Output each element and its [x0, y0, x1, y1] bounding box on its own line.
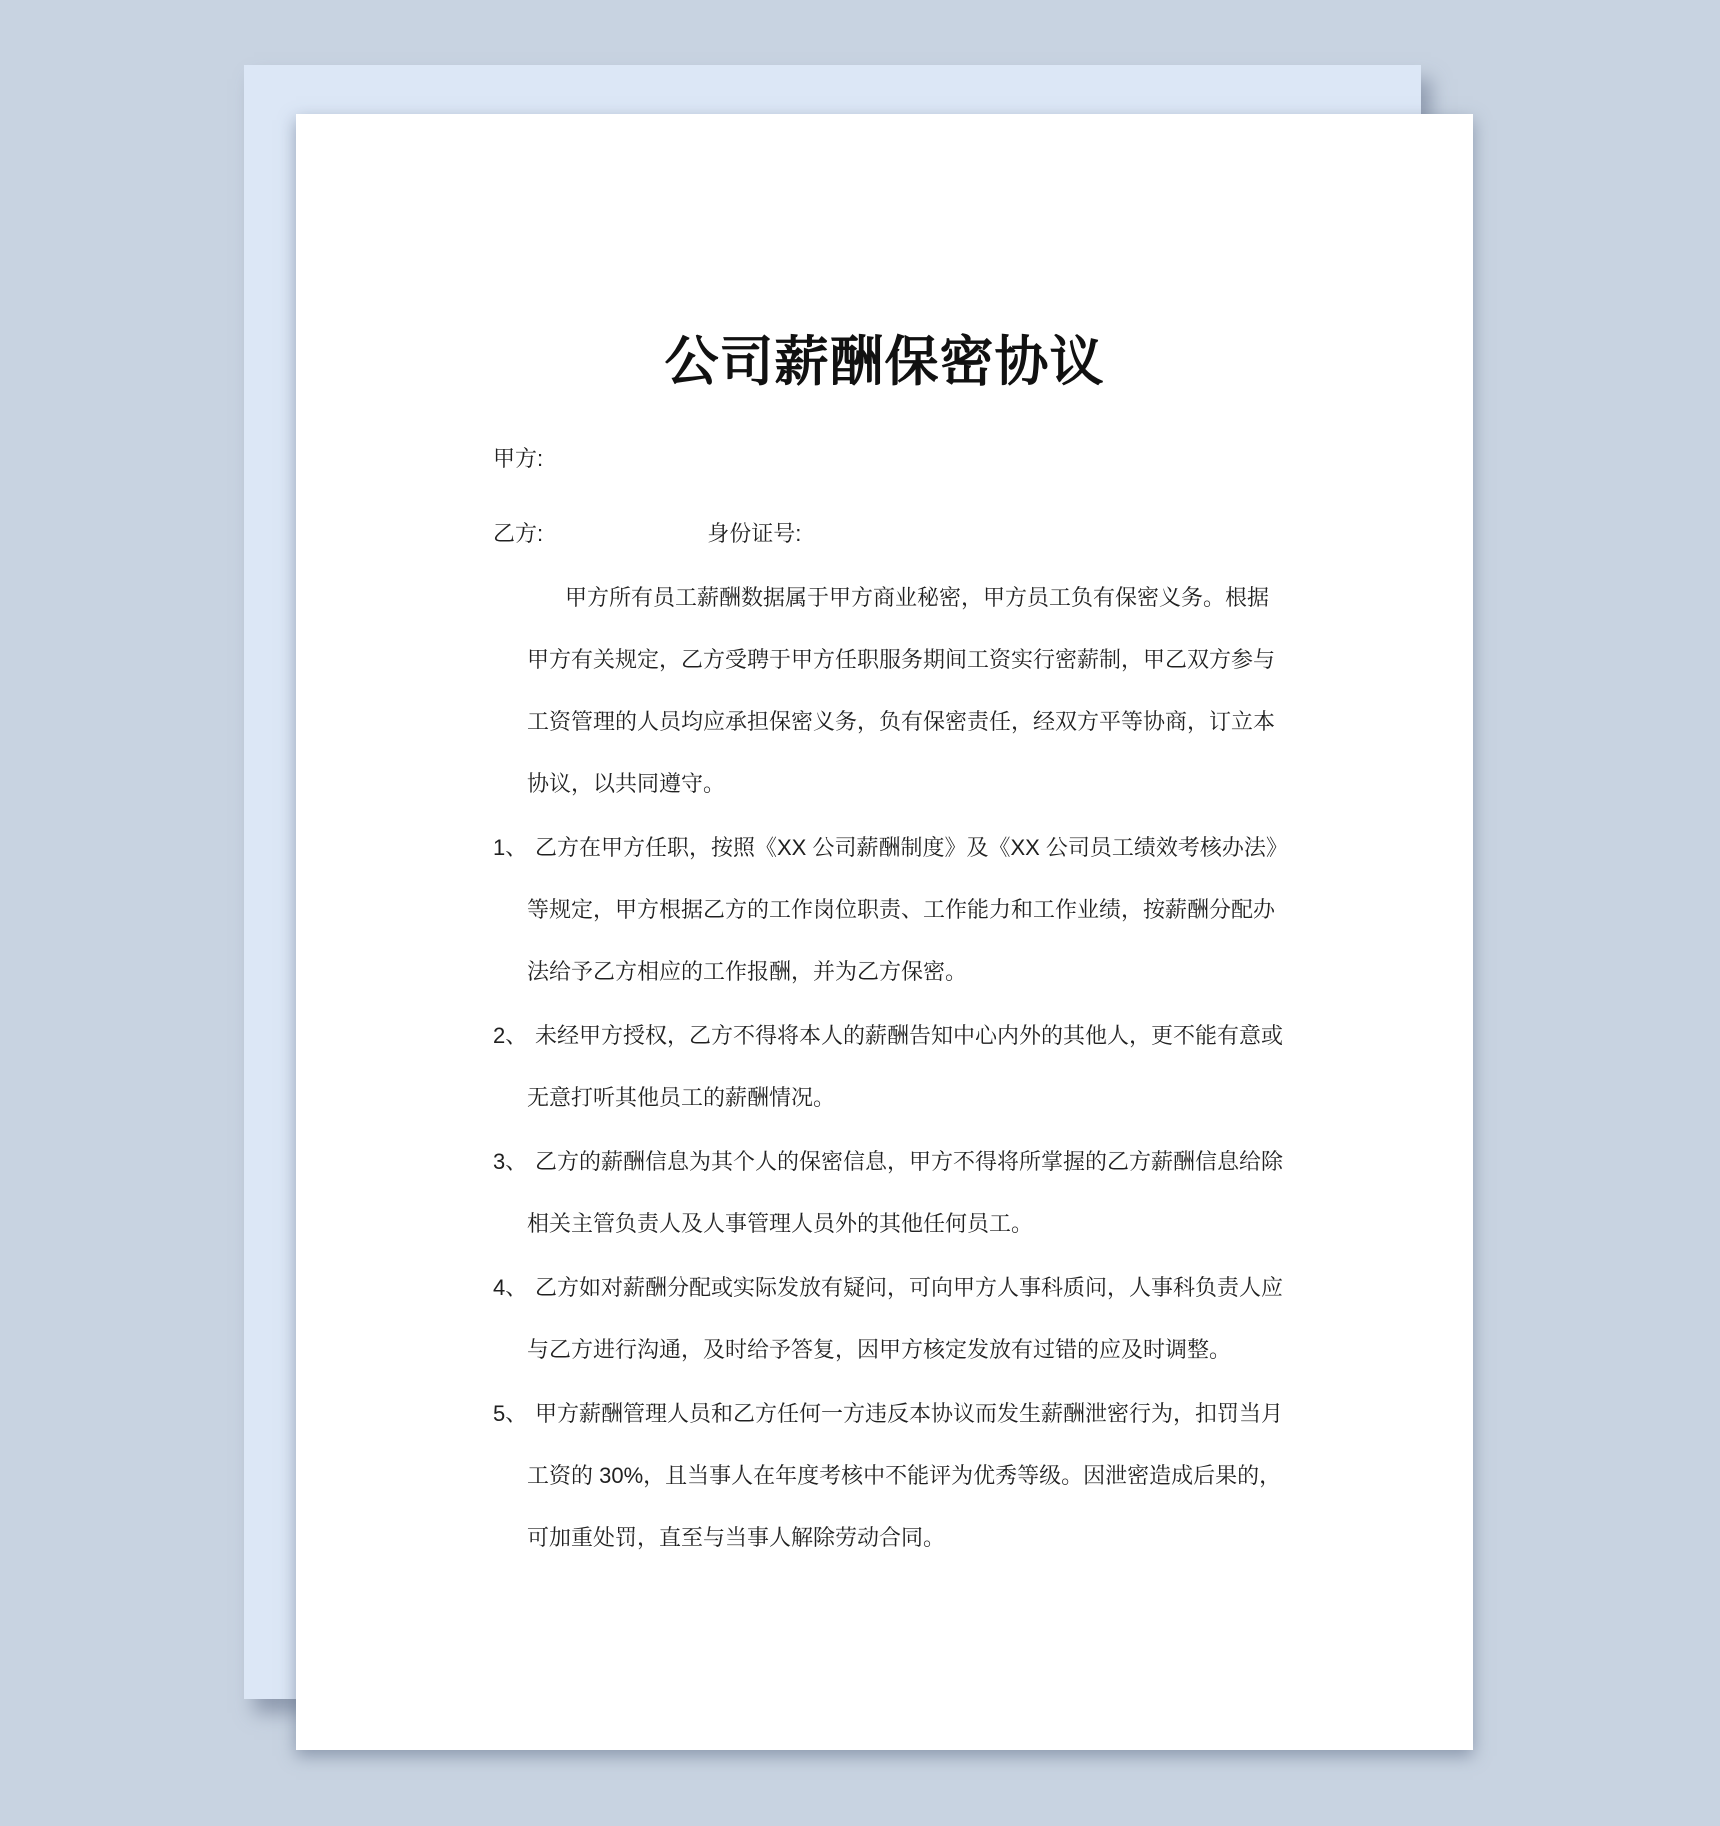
- clause-number: 2、: [493, 1005, 535, 1067]
- document-title: 公司薪酬保密协议: [296, 333, 1473, 391]
- clause-2: 2、未经甲方授权，乙方不得将本人的薪酬告知中心内外的其他人，更不能有意或 无意打…: [493, 1005, 1373, 1129]
- party-a-row: 甲方:: [493, 428, 1373, 490]
- clause-line: 5、甲方薪酬管理人员和乙方任何一方违反本协议而发生薪酬泄密行为，扣罚当月: [493, 1383, 1373, 1445]
- clause-number: 5、: [493, 1383, 535, 1445]
- clause-4: 4、乙方如对薪酬分配或实际发放有疑问，可向甲方人事科质问，人事科负责人应 与乙方…: [493, 1257, 1373, 1381]
- clause-line: 2、未经甲方授权，乙方不得将本人的薪酬告知中心内外的其他人，更不能有意或: [493, 1005, 1373, 1067]
- clause-line: 可加重处罚，直至与当事人解除劳动合同。: [493, 1507, 1373, 1569]
- intro-line: 甲方有关规定，乙方受聘于甲方任职服务期间工资实行密薪制，甲乙双方参与: [493, 629, 1373, 691]
- party-b-row: 乙方: 身份证号:: [493, 503, 1373, 565]
- clause-line: 与乙方进行沟通，及时给予答复，因甲方核定发放有过错的应及时调整。: [493, 1319, 1373, 1381]
- party-b-label: 乙方:: [493, 521, 543, 546]
- clause-5: 5、甲方薪酬管理人员和乙方任何一方违反本协议而发生薪酬泄密行为，扣罚当月 工资的…: [493, 1383, 1373, 1569]
- clause-number: 3、: [493, 1131, 535, 1193]
- document-body: 甲方: 乙方: 身份证号: 甲方所有员工薪酬数据属于甲方商业秘密，甲方员工负有保…: [493, 428, 1373, 1569]
- clause-number: 4、: [493, 1257, 535, 1319]
- clause-line: 等规定，甲方根据乙方的工作岗位职责、工作能力和工作业绩，按薪酬分配办: [493, 879, 1373, 941]
- intro-line: 协议，以共同遵守。: [493, 753, 1373, 815]
- intro-line: 甲方所有员工薪酬数据属于甲方商业秘密，甲方员工负有保密义务。根据: [493, 567, 1373, 629]
- clause-text: 未经甲方授权，乙方不得将本人的薪酬告知中心内外的其他人，更不能有意或: [535, 1023, 1283, 1048]
- document-page: 公司薪酬保密协议 甲方: 乙方: 身份证号: 甲方所有员工薪酬数据属于甲方商业秘…: [296, 114, 1473, 1750]
- party-a-label: 甲方:: [493, 446, 543, 471]
- clause-line: 工资的 30%，且当事人在年度考核中不能评为优秀等级。因泄密造成后果的，: [493, 1445, 1373, 1507]
- clause-text: 乙方如对薪酬分配或实际发放有疑问，可向甲方人事科质问，人事科负责人应: [535, 1275, 1283, 1300]
- clause-line: 无意打听其他员工的薪酬情况。: [493, 1067, 1373, 1129]
- clause-number: 1、: [493, 817, 535, 879]
- clause-line: 1、乙方在甲方任职，按照《XX 公司薪酬制度》及《XX 公司员工绩效考核办法》: [493, 817, 1373, 879]
- id-number-label: 身份证号:: [707, 521, 801, 546]
- clause-text: 乙方的薪酬信息为其个人的保密信息，甲方不得将所掌握的乙方薪酬信息给除: [535, 1149, 1283, 1174]
- clause-text: 乙方在甲方任职，按照《XX 公司薪酬制度》及《XX 公司员工绩效考核办法》: [535, 835, 1288, 860]
- intro-paragraph: 甲方所有员工薪酬数据属于甲方商业秘密，甲方员工负有保密义务。根据 甲方有关规定，…: [493, 567, 1373, 815]
- clause-line: 3、乙方的薪酬信息为其个人的保密信息，甲方不得将所掌握的乙方薪酬信息给除: [493, 1131, 1373, 1193]
- clause-text: 甲方薪酬管理人员和乙方任何一方违反本协议而发生薪酬泄密行为，扣罚当月: [535, 1401, 1283, 1426]
- intro-line: 工资管理的人员均应承担保密义务，负有保密责任，经双方平等协商，订立本: [493, 691, 1373, 753]
- clause-line: 法给予乙方相应的工作报酬，并为乙方保密。: [493, 941, 1373, 1003]
- clause-3: 3、乙方的薪酬信息为其个人的保密信息，甲方不得将所掌握的乙方薪酬信息给除 相关主…: [493, 1131, 1373, 1255]
- desktop-background: 公司薪酬保密协议 甲方: 乙方: 身份证号: 甲方所有员工薪酬数据属于甲方商业秘…: [0, 0, 1720, 1826]
- clause-line: 相关主管负责人及人事管理人员外的其他任何员工。: [493, 1193, 1373, 1255]
- clause-line: 4、乙方如对薪酬分配或实际发放有疑问，可向甲方人事科质问，人事科负责人应: [493, 1257, 1373, 1319]
- clause-1: 1、乙方在甲方任职，按照《XX 公司薪酬制度》及《XX 公司员工绩效考核办法》 …: [493, 817, 1373, 1003]
